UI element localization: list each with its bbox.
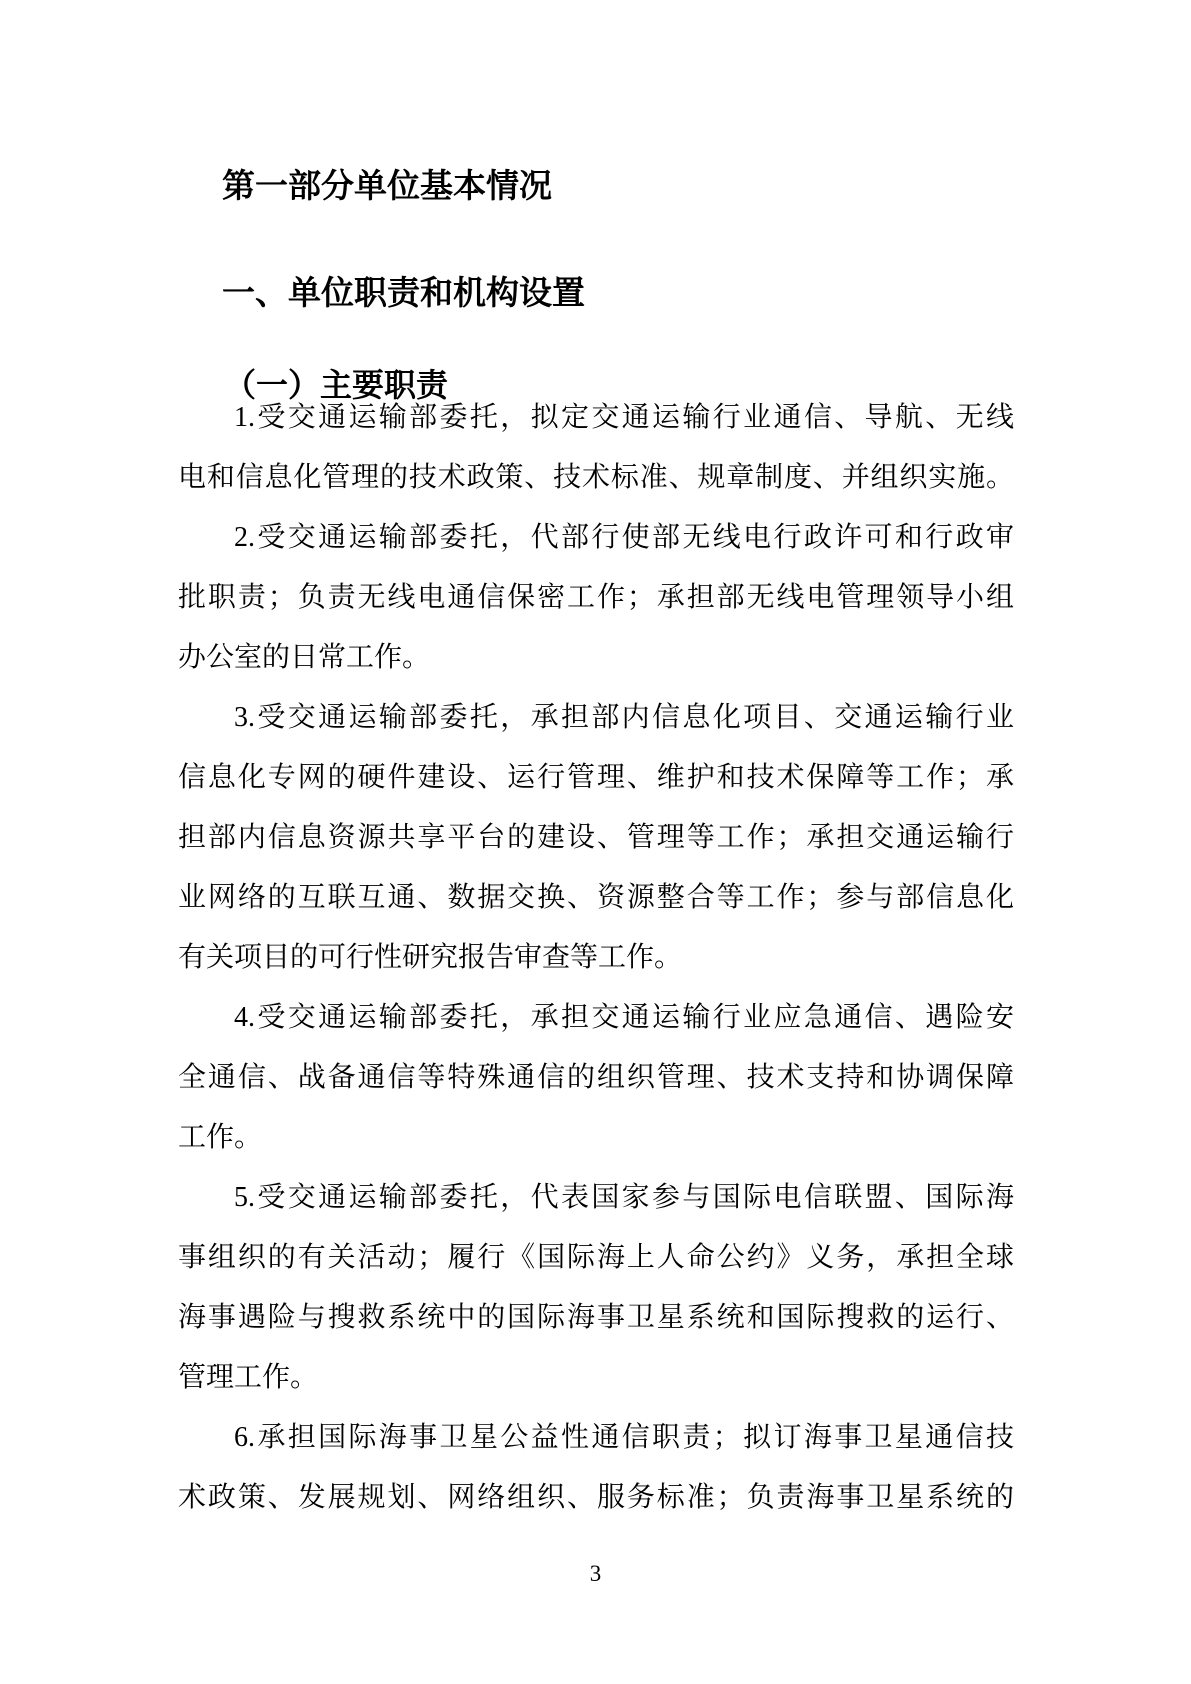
text-line: 批职责；负责无线电通信保密工作；承担部无线电管理领导小组 xyxy=(178,568,1014,628)
text-line: 管理工作。 xyxy=(178,1348,1014,1408)
paragraph: 4.受交通运输部委托，承担交通运输行业应急通信、遇险安全通信、战备通信等特殊通信… xyxy=(178,988,1014,1168)
page-number: 3 xyxy=(0,1560,1191,1588)
text-line: 担部内信息资源共享平台的建设、管理等工作；承担交通运输行 xyxy=(178,808,1014,868)
text-line: 有关项目的可行性研究报告审查等工作。 xyxy=(178,928,1014,988)
paragraph: 3.受交通运输部委托，承担部内信息化项目、交通运输行业信息化专网的硬件建设、运行… xyxy=(178,688,1014,988)
text-line: 4.受交通运输部委托，承担交通运输行业应急通信、遇险安 xyxy=(178,988,1014,1048)
text-line: 6.承担国际海事卫星公益性通信职责；拟订海事卫星通信技 xyxy=(178,1408,1014,1468)
text-line: 电和信息化管理的技术政策、技术标准、规章制度、并组织实施。 xyxy=(178,448,1014,508)
section-heading: 一、单位职责和机构设置 xyxy=(222,276,585,312)
text-line: 1.受交通运输部委托，拟定交通运输行业通信、导航、无线 xyxy=(178,388,1014,448)
document-page: 第一部分单位基本情况 一、单位职责和机构设置 （一）主要职责 1.受交通运输部委… xyxy=(0,0,1191,1684)
text-line: 5.受交通运输部委托，代表国家参与国际电信联盟、国际海 xyxy=(178,1168,1014,1228)
paragraph: 6.承担国际海事卫星公益性通信职责；拟订海事卫星通信技术政策、发展规划、网络组织… xyxy=(178,1408,1014,1528)
document-body: 1.受交通运输部委托，拟定交通运输行业通信、导航、无线电和信息化管理的技术政策、… xyxy=(178,388,1014,1528)
text-line: 2.受交通运输部委托，代部行使部无线电行政许可和行政审 xyxy=(178,508,1014,568)
text-line: 信息化专网的硬件建设、运行管理、维护和技术保障等工作；承 xyxy=(178,748,1014,808)
paragraph: 2.受交通运输部委托，代部行使部无线电行政许可和行政审批职责；负责无线电通信保密… xyxy=(178,508,1014,688)
text-line: 事组织的有关活动；履行《国际海上人命公约》义务，承担全球 xyxy=(178,1228,1014,1288)
text-line: 全通信、战备通信等特殊通信的组织管理、技术支持和协调保障 xyxy=(178,1048,1014,1108)
text-line: 业网络的互联互通、数据交换、资源整合等工作；参与部信息化 xyxy=(178,868,1014,928)
text-line: 工作。 xyxy=(178,1108,1014,1168)
paragraph: 1.受交通运输部委托，拟定交通运输行业通信、导航、无线电和信息化管理的技术政策、… xyxy=(178,388,1014,508)
text-line: 办公室的日常工作。 xyxy=(178,628,1014,688)
text-line: 海事遇险与搜救系统中的国际海事卫星系统和国际搜救的运行、 xyxy=(178,1288,1014,1348)
text-line: 3.受交通运输部委托，承担部内信息化项目、交通运输行业 xyxy=(178,688,1014,748)
text-line: 术政策、发展规划、网络组织、服务标准；负责海事卫星系统的 xyxy=(178,1468,1014,1528)
paragraph: 5.受交通运输部委托，代表国家参与国际电信联盟、国际海事组织的有关活动；履行《国… xyxy=(178,1168,1014,1408)
document-title: 第一部分单位基本情况 xyxy=(222,168,552,204)
